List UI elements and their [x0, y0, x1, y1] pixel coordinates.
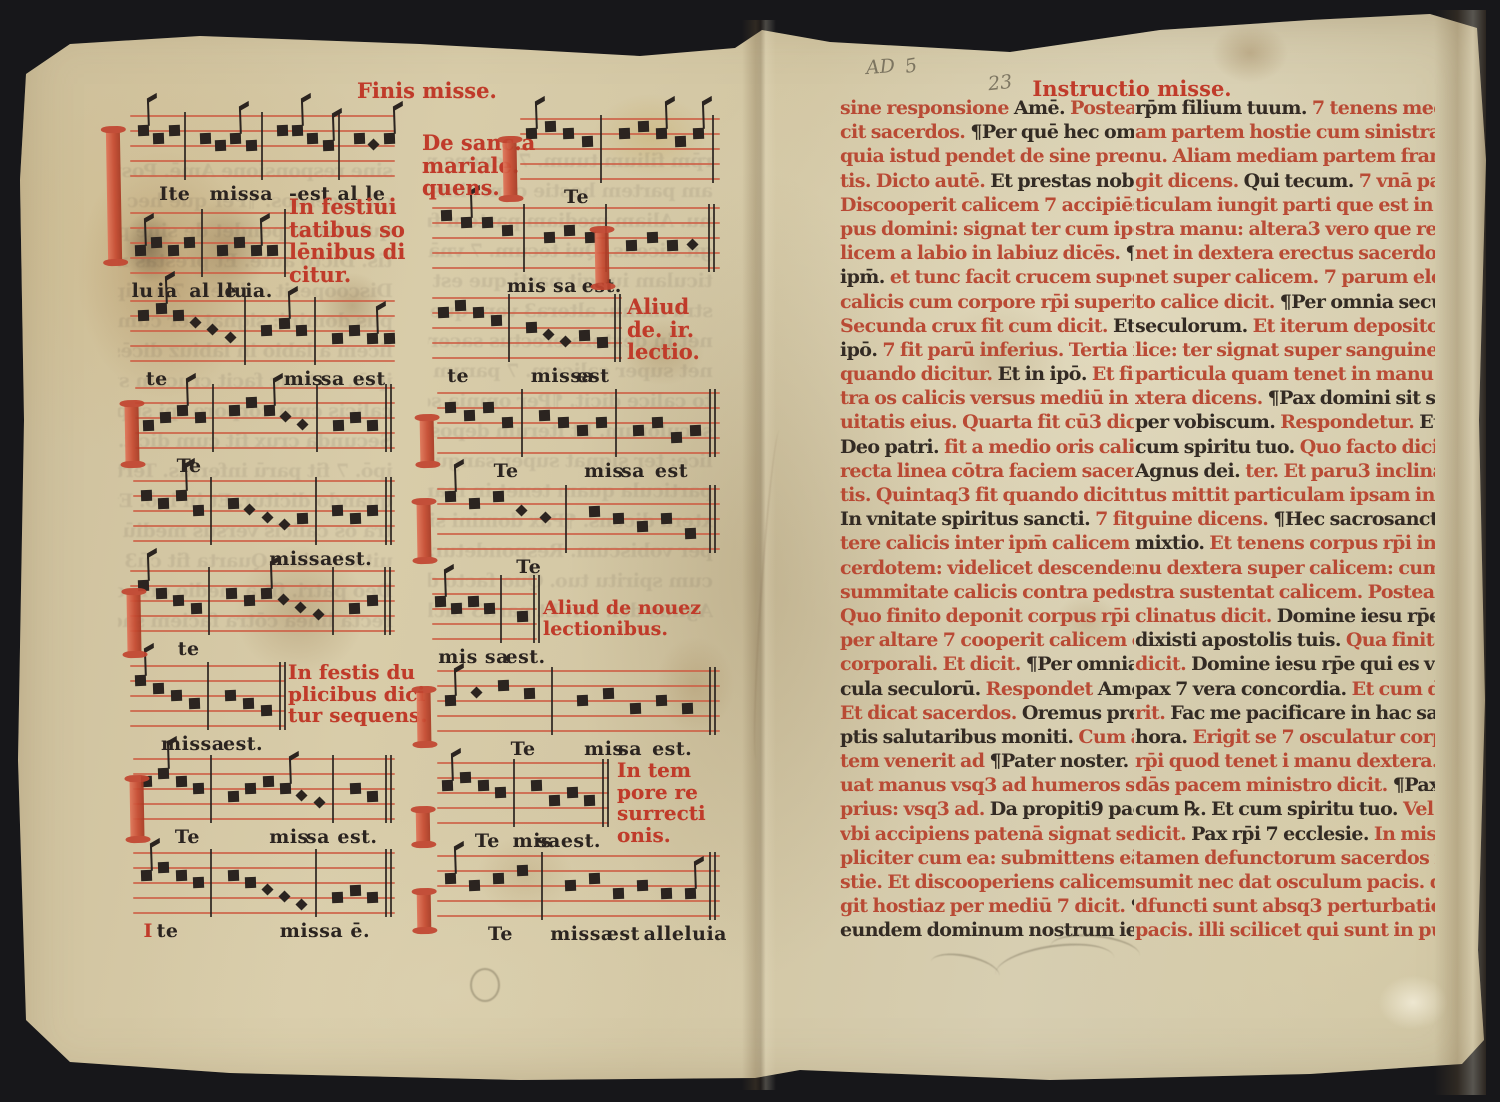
text-line: dfuncti sunt absq3 perturbatione — [1135, 895, 1435, 919]
punctum-note — [566, 787, 577, 798]
rubric-text-segment: am partem hostie cum sinistra ma — [1135, 121, 1435, 143]
virga-note — [177, 404, 188, 415]
punctum-note — [350, 412, 361, 423]
punctum-note — [245, 877, 256, 888]
staff-line — [130, 360, 395, 362]
lyric-syllable: I — [143, 920, 152, 942]
black-text-segment: ¶Per — [1130, 895, 1134, 917]
rubric-text-segment: rp̄i quod tenet i manu dextera. Et — [1135, 750, 1435, 772]
lyric-syllable: mis sa — [438, 646, 509, 668]
rubric-text-segment: 7 fit a la — [1095, 508, 1134, 530]
rubric-text-segment: Secunda crux fit cum dicit. — [840, 315, 1113, 337]
punctum-note — [169, 125, 180, 136]
diamond-note — [244, 503, 256, 515]
black-text-segment: Pax rp̄i 7 ecclesie. — [1191, 823, 1374, 845]
chant-lyric: Te — [135, 455, 395, 479]
rubric-text-segment: Et tenens corpus rp̄i in ma — [1209, 532, 1435, 554]
punctum-note — [558, 417, 569, 428]
rubric-text-segment: corporali. Et dicit. — [840, 653, 1026, 675]
punctum-note — [246, 140, 257, 151]
rubric-text-segment: Respondet — [986, 678, 1098, 700]
text-line: cit sacerdos. ¶Per quē hec omnia. — [840, 121, 1134, 145]
staff-line — [437, 548, 720, 550]
staff-barline — [279, 662, 281, 730]
staff-barline — [184, 112, 186, 180]
lyric-syllable: est — [576, 365, 609, 387]
initial-cap — [121, 588, 146, 595]
rubric-text-segment: Postea di — [1070, 97, 1134, 119]
punctum-note — [484, 603, 495, 614]
text-line: mixtio. Et tenens corpus rp̄i in ma — [1135, 532, 1435, 556]
text-line: stra sustentat calicem. Postea in — [1135, 581, 1435, 605]
rubric-text-segment: quando dicitur. — [840, 363, 998, 385]
black-text-segment: per vobiscum. — [1135, 411, 1280, 433]
lombardic-initial — [411, 498, 438, 564]
virga-note — [263, 404, 274, 415]
rubric-text-segment: uitatis eius. Quarta fit cū3 dicit — [840, 411, 1134, 433]
lyric-syllable: lu — [132, 280, 154, 302]
rubric-text-segment: clinatus dicit. — [1135, 605, 1277, 627]
initial-cap — [412, 888, 437, 895]
punctum-note — [234, 237, 245, 248]
lyric-syllable: Ite — [159, 183, 190, 205]
lyric-syllable: est. — [506, 646, 546, 668]
staff-line — [133, 525, 395, 527]
black-text-segment: Et in ipō. — [998, 363, 1092, 385]
punctum-note — [367, 505, 378, 516]
diamond-note — [297, 418, 309, 430]
instruction-column: rp̄m filium tuum. 7 tenens mediam partem… — [1135, 97, 1435, 944]
diamond-note — [207, 323, 219, 335]
staff-barline — [565, 485, 567, 553]
rubric-text-segment: stie. Et discooperiens calicem frā — [840, 871, 1134, 893]
punctum-note — [226, 587, 237, 598]
staff-system — [130, 665, 285, 725]
staff-barline — [523, 204, 525, 272]
punctum-note — [685, 528, 696, 539]
text-line: xtera dicens. ¶Pax domini sit sem — [1135, 387, 1435, 411]
lyric-syllable: sa — [553, 275, 577, 297]
punctum-note — [637, 120, 648, 131]
staff-line — [437, 422, 720, 424]
text-line: ptis salutaribus moniti. Cum au — [840, 726, 1134, 750]
diamond-note — [312, 608, 324, 620]
text-line: dicit. Domine iesu rp̄e qui es vera — [1135, 653, 1435, 677]
punctum-note — [478, 779, 489, 790]
rubric-text-segment: rit. — [1135, 702, 1170, 724]
rubric-line: citur. — [289, 264, 405, 287]
staff-line — [520, 178, 720, 180]
staff-system — [437, 392, 720, 452]
rubric-text-segment: Qua finita — [1346, 629, 1435, 651]
staff-barline — [385, 755, 387, 823]
virga-note — [323, 140, 334, 151]
rubric-line: In festiui — [289, 196, 405, 219]
rubric-text-segment: Quo facto dicit. — [1300, 436, 1435, 458]
text-line: stie. Et discooperiens calicem frā — [840, 871, 1134, 895]
staff-line — [130, 570, 395, 572]
staff-line — [432, 207, 720, 209]
black-text-segment: ¶Per omnia secula — [1280, 291, 1435, 313]
punctum-note — [199, 132, 210, 143]
punctum-note — [671, 432, 682, 443]
lyric-syllable: sa — [306, 826, 330, 848]
diamond-note — [295, 601, 307, 613]
lyric-syllable: est. — [337, 826, 377, 848]
punctum-note — [333, 419, 344, 430]
rubric-text-segment: Et fit i — [1092, 363, 1134, 385]
punctum-note — [193, 783, 204, 794]
diamond-note — [470, 686, 482, 698]
punctum-note — [460, 772, 471, 783]
punctum-note — [516, 610, 527, 621]
rubric-label: Finis misse. — [357, 80, 497, 103]
staff-line — [133, 852, 395, 854]
initial-cap — [590, 283, 615, 290]
text-line: rp̄i quod tenet i manu dextera. Et — [1135, 750, 1435, 774]
rubric-text-segment: lice: ter signat super sanguinem cū — [1135, 339, 1435, 361]
virga-note — [367, 332, 378, 343]
punctum-note — [331, 332, 342, 343]
virga-note — [230, 132, 241, 143]
punctum-note — [565, 880, 576, 891]
staff-system — [130, 212, 290, 272]
staff-line — [133, 758, 395, 760]
punctum-note — [589, 872, 600, 883]
lyric-syllable: est. — [223, 733, 263, 755]
rubric-line: onis. — [617, 825, 706, 847]
black-text-segment: Oremus prece — [1022, 702, 1134, 724]
text-line: corporali. Et dicit. ¶Per omnia se — [840, 653, 1134, 677]
chant-lyric: Temissaest — [437, 460, 720, 484]
staff-barline — [714, 667, 716, 735]
punctum-note — [563, 128, 574, 139]
initial-cap — [411, 841, 436, 848]
staff-line — [133, 882, 395, 884]
staff-line — [437, 822, 609, 824]
text-line: cula seculorū. Respondet Amen. — [840, 678, 1134, 702]
lyric-syllable: te — [157, 920, 179, 942]
rubric-text-segment: Vel — [1403, 798, 1434, 820]
staff-line — [130, 630, 395, 632]
rubric-text-segment: dfuncti sunt absq3 perturbatione — [1135, 895, 1435, 917]
staff-line — [437, 407, 720, 409]
text-line: per altare 7 cooperit calicem cum — [840, 629, 1134, 653]
staff-barline — [602, 759, 604, 827]
staff-line — [133, 912, 395, 914]
punctum-note — [297, 512, 308, 523]
rubric-text-segment: Et dicat sacerdos. — [840, 702, 1022, 724]
initial-stem — [124, 402, 139, 466]
staff-line — [432, 578, 537, 580]
chant-lyric: Temissaest. — [133, 826, 395, 850]
rubric-label: In tempore resurrectionis. — [617, 760, 706, 846]
text-line: tis. Dicto autē. Et prestas nobis. — [840, 170, 1134, 194]
punctum-note — [367, 595, 378, 606]
staff-line — [135, 447, 395, 449]
text-line: rp̄m filium tuum. 7 tenens medi — [1135, 97, 1435, 121]
punctum-note — [332, 505, 343, 516]
staff-barline — [615, 389, 617, 457]
staff-line — [130, 345, 395, 347]
rubric-text-segment: prius: vsq3 ad. — [840, 798, 990, 820]
black-text-segment: Et cū — [1113, 315, 1134, 337]
punctum-note — [564, 224, 575, 235]
staff-line — [437, 488, 720, 490]
initial-stem — [416, 688, 431, 746]
punctum-note — [350, 884, 361, 895]
black-text-segment: cum spiritu tuo. — [1135, 436, 1300, 458]
initial-stem — [420, 416, 435, 466]
punctum-note — [582, 135, 593, 146]
virga-note — [693, 128, 704, 139]
punctum-note — [245, 783, 256, 794]
text-line: guine dicens. ¶Hec sacrosancta cō — [1135, 508, 1435, 532]
rubric-text-segment: Erigit se 7 osculatur corpus — [1192, 726, 1435, 748]
rubric-line: Aliud — [627, 296, 700, 319]
black-text-segment: Et — [1419, 411, 1435, 433]
rubric-label: In festiuitatibus solēnibus dicitur. — [289, 196, 405, 287]
black-text-segment: ¶Pater noster. — [989, 750, 1133, 772]
text-line: seculorum. Et iterum deposito ca — [1135, 315, 1435, 339]
staff-barline — [385, 477, 387, 545]
text-line: pax 7 vera concordia. Et cum dixe — [1135, 678, 1435, 702]
chant-lyric: Temissaestalleluia — [437, 923, 720, 947]
punctum-note — [261, 705, 272, 716]
black-text-segment: rp̄m filium tuum. — [1135, 97, 1312, 119]
punctum-note — [544, 120, 555, 131]
staff-system — [133, 758, 395, 818]
virga-note — [134, 675, 145, 686]
text-line: cerdotem: videlicet descendendo a — [840, 557, 1134, 581]
text-line: licem a labio in labiuz dicēs. ¶Per — [840, 242, 1134, 266]
staff-line — [432, 252, 720, 254]
rubric-text-segment: per altare 7 cooperit calicem cum — [840, 629, 1134, 651]
staff-barline — [210, 755, 212, 823]
text-line: hora. Erigit se 7 osculatur corpus — [1135, 726, 1435, 750]
punctum-note — [491, 314, 502, 325]
punctum-note — [652, 417, 663, 428]
punctum-note — [384, 332, 395, 343]
lyric-syllable: mis — [584, 460, 624, 482]
rubric-text-segment: stra sustentat calicem. Postea in — [1135, 581, 1435, 603]
initial-stem — [417, 890, 432, 932]
punctum-note — [175, 775, 186, 786]
punctum-note — [332, 892, 343, 903]
staff-line — [437, 900, 720, 902]
rubric-text-segment: Et iterum deposito ca — [1253, 315, 1435, 337]
virga-note — [685, 887, 696, 898]
staff-barline — [714, 485, 716, 553]
punctum-note — [667, 239, 678, 250]
staff-barline — [533, 575, 535, 643]
punctum-note — [160, 412, 171, 423]
text-line: dicit. Pax rp̄i 7 ecclesie. In missa — [1135, 823, 1435, 847]
initial-cap — [120, 461, 145, 468]
lombardic-initial — [411, 686, 438, 748]
punctum-note — [262, 775, 273, 786]
punctum-note — [613, 887, 624, 898]
punctum-note — [455, 299, 466, 310]
diamond-note — [224, 331, 236, 343]
staff-barline — [614, 294, 616, 362]
text-line: particula quam tenet in manu de — [1135, 363, 1435, 387]
punctum-note — [367, 892, 378, 903]
lyric-syllable: te — [178, 638, 200, 660]
punctum-note — [267, 244, 278, 255]
punctum-note — [353, 132, 364, 143]
chant-lyric: missaest. — [130, 733, 285, 757]
rubric-text-segment: tem venerit ad — [840, 750, 989, 772]
punctum-note — [168, 244, 179, 255]
staff-system — [437, 855, 720, 915]
black-text-segment: Domine iesu rp̄e qui es vera — [1191, 653, 1435, 675]
lyric-syllable: est. — [332, 548, 372, 570]
punctum-note — [158, 497, 169, 508]
text-line: tere calicis inter ipm̄ calicem 7 sa — [840, 532, 1134, 556]
text-line: clinatus dicit. Domine iesu rp̄e q̄ — [1135, 605, 1435, 629]
rubric-text-segment: calicis cum corpore rp̄i superius. — [840, 291, 1134, 313]
text-line: net in dextera erectus sacerdos te — [1135, 242, 1435, 266]
virga-note — [656, 128, 667, 139]
initial-cap — [415, 414, 440, 421]
lyric-syllable: missa — [550, 923, 614, 945]
text-line: per vobiscum. Respondetur. Et — [1135, 411, 1435, 435]
rubric-line: Aliud de nouez — [543, 598, 701, 619]
punctum-note — [473, 307, 484, 318]
lyric-syllable: missa — [210, 183, 274, 205]
punctum-note — [451, 603, 462, 614]
staff-system — [437, 670, 720, 730]
staff-barline — [708, 204, 710, 272]
punctum-note — [445, 402, 456, 413]
black-text-segment: ¶Pax domini sit sem — [1268, 387, 1435, 409]
staff-line — [135, 402, 395, 404]
rubric-label: Aliud de nouezlectionibus. — [543, 598, 701, 639]
staff-line — [130, 600, 395, 602]
chant-lyric: temissaest — [432, 365, 622, 389]
text-line: Secunda crux fit cum dicit. Et cū — [840, 315, 1134, 339]
text-line: Agnus dei. ter. Et paru3 inclina — [1135, 460, 1435, 484]
punctum-note — [228, 790, 239, 801]
punctum-note — [228, 497, 239, 508]
lyric-syllable: Te — [494, 460, 519, 482]
black-text-segment: Amē. — [1014, 97, 1070, 119]
punctum-note — [184, 237, 195, 248]
rubric-text-segment: dās pacem ministro dicit. — [1135, 774, 1393, 796]
punctum-note — [543, 232, 554, 243]
staff-system — [437, 762, 609, 822]
staff-line — [437, 685, 720, 687]
lyric-syllable: Te — [175, 826, 200, 848]
staff-barline — [316, 384, 318, 452]
punctum-note — [152, 682, 163, 693]
diamond-note — [261, 883, 273, 895]
virga-note — [445, 695, 456, 706]
text-line: net super calicem. 7 parum eleua — [1135, 266, 1435, 290]
staff-barline — [709, 852, 711, 920]
staff-barline — [712, 115, 714, 183]
rubric-text-segment: sumit nec dat osculum pacis. quia — [1135, 871, 1435, 893]
punctum-note — [630, 702, 641, 713]
staff-barline — [500, 575, 502, 643]
virga-note — [141, 869, 152, 880]
punctum-note — [307, 132, 318, 143]
diamond-note — [560, 335, 572, 347]
rubric-text-segment: licem a labio in labiuz dicēs. — [840, 242, 1125, 264]
rubric-text-segment: summitate calicis contra pedem. — [840, 581, 1134, 603]
text-line: lice: ter signat super sanguinem cū — [1135, 339, 1435, 363]
punctum-note — [482, 217, 493, 228]
virga-note — [138, 125, 149, 136]
rubric-text-segment: pliciter cum ea: submittens eā ho — [840, 847, 1134, 869]
rubric-text-segment: net super calicem. 7 parum eleua — [1135, 266, 1435, 288]
black-text-segment: hora. — [1135, 726, 1192, 748]
rubric-line: Finis misse. — [357, 80, 497, 103]
lombardic-initial — [412, 888, 439, 934]
text-line: summitate calicis contra pedem. — [840, 581, 1134, 605]
staff-line — [133, 803, 395, 805]
lombardic-initial — [121, 588, 148, 658]
staff-barline — [551, 667, 553, 735]
punctum-note — [191, 602, 202, 613]
staff-line — [437, 915, 720, 917]
text-line: quando dicitur. Et in ipō. Et fit i — [840, 363, 1134, 387]
punctum-note — [467, 595, 478, 606]
rubric-text-segment: 7 tenens medi — [1312, 97, 1435, 119]
diamond-note — [279, 518, 291, 530]
lyric-syllable: mis — [269, 826, 309, 848]
staff-line — [432, 267, 720, 269]
rubric-text-segment: xtera dicens. — [1135, 387, 1268, 409]
punctum-note — [498, 680, 509, 691]
rubric-text-segment: Et cum dixe — [1352, 678, 1435, 700]
diamond-note — [296, 789, 308, 801]
staff-line — [133, 897, 395, 899]
rubric-text-segment: sine responsione — [840, 97, 1014, 119]
lyric-syllable: est. — [561, 830, 601, 852]
rubric-line: plicibus dici — [288, 684, 427, 706]
virga-note — [461, 217, 472, 228]
text-line: In vnitate spiritus sancti. 7 fit a la — [840, 508, 1134, 532]
black-text-segment: ipm̄. — [840, 266, 890, 288]
initial-stem — [129, 777, 144, 841]
staff-barline — [207, 662, 209, 730]
initial-cap — [415, 461, 440, 468]
diamond-note — [540, 511, 552, 523]
lyric-syllable: Te — [564, 186, 589, 208]
initial-cap — [122, 651, 147, 658]
rubric-text-segment: to calice dicit. — [1135, 291, 1280, 313]
rubric-text-segment: uat manus vsq3 ad humeros sicut — [840, 774, 1134, 796]
rubric-line: pore re — [617, 782, 706, 804]
rubric-line: In festis du — [288, 662, 427, 684]
staff-line — [437, 533, 720, 535]
text-line: calicis cum corpore rp̄i superius. — [840, 291, 1134, 315]
rubric-text-segment: tus mittit particulam ipsam in sā — [1135, 484, 1435, 506]
punctum-note — [656, 695, 667, 706]
lyric-syllable: Te — [511, 738, 536, 760]
text-line: vbi accipiens patenā signat se sim — [840, 823, 1134, 847]
staff-barline — [390, 477, 392, 545]
staff-system — [133, 852, 395, 912]
punctum-note — [225, 690, 236, 701]
punctum-note — [367, 419, 378, 430]
staff-barline — [619, 294, 621, 362]
staff-line — [133, 510, 395, 512]
text-line: recta linea cōtra faciem sacerdo — [840, 460, 1134, 484]
text-line: uat manus vsq3 ad humeros sicut — [840, 774, 1134, 798]
